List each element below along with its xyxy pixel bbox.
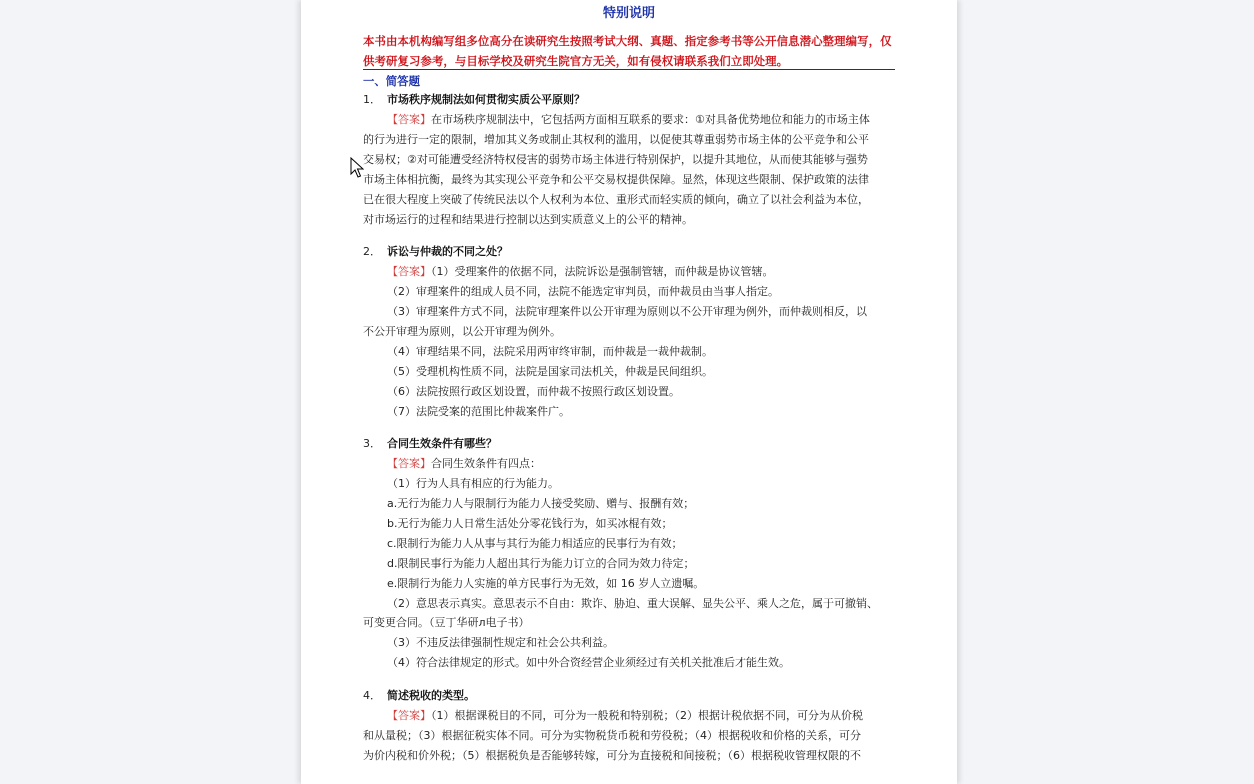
answer-line: 的行为进行一定的限制，增加其义务或制止其权利的滥用，以促使其尊重弱势市场主体的公… (363, 132, 869, 148)
answer-line: （4）符合法律规定的形式。如中外合资经营企业须经过有关机关批准后才能生效。 (363, 655, 790, 671)
document-viewer[interactable]: 特别说明 本书由本机构编写组多位高分在读研究生按照考试大纲、真题、指定参考书等公… (0, 0, 1254, 784)
answer-line: 可变更合同。（豆丁华研л电子书） (363, 615, 530, 631)
answer-line: 【答案】（1）受理案件的依据不同，法院诉讼是强制管辖，而仲裁是协议管辖。 (363, 264, 774, 280)
answer-line: 和从量税；（3）根据征税实体不同。可分为实物税货币税和劳役税；（4）根据税收和价… (363, 728, 861, 744)
page-title: 特别说明 (363, 5, 895, 23)
section-heading: 一、简答题 (363, 73, 420, 89)
question-3-title: 3．合同生效条件有哪些？ (363, 436, 497, 452)
answer-line: （4）审理结果不同，法院采用两审终审制，而仲裁是一裁仲裁制。 (363, 344, 713, 360)
question-number: 4． (363, 688, 387, 704)
copyright-notice: 本书由本机构编写组多位高分在读研究生按照考试大纲、真题、指定参考书等公开信息潜心… (363, 32, 895, 71)
answer-line: （5）受理机构性质不同，法院是国家司法机关，仲裁是民间组织。 (363, 364, 713, 380)
question-number: 2． (363, 244, 387, 260)
answer-line: e.限制行为能力人实施的单方民事行为无效，如 16 岁人立遗嘱。 (363, 576, 704, 592)
question-number: 3． (363, 436, 387, 452)
answer-line: b.无行为能力人日常生活处分零花钱行为，如买冰棍有效； (363, 516, 672, 532)
answer-line: 【答案】（1）根据课税目的不同，可分为一般税和特别税；（2）根据计税依据不同，可… (363, 708, 863, 724)
answer-line: 已在很大程度上突破了传统民法以个人权利为本位、重形式而轻实质的倾向，确立了以社会… (363, 192, 869, 208)
question-4-title: 4．简述税收的类型。 (363, 688, 475, 704)
question-2-title: 2．诉讼与仲裁的不同之处？ (363, 244, 508, 260)
notice-line: 本书由本机构编写组多位高分在读研究生按照考试大纲、真题、指定参考书等公开信息潜心… (363, 32, 895, 52)
answer-line: （2）审理案件的组成人员不同，法院不能选定审判员，而仲裁员由当事人指定。 (363, 284, 779, 300)
answer-line: （2）意思表示真实。意思表示不自由：欺诈、胁迫、重大误解、显失公平、乘人之危，属… (363, 596, 878, 612)
answer-line: 市场主体相抗衡，最终为其实现公平竞争和公平交易权提供保障。显然，体现这些限制、保… (363, 172, 869, 188)
answer-line: （1）行为人具有相应的行为能力。 (363, 476, 559, 492)
answer-line: （6）法院按照行政区划设置，而仲裁不按照行政区划设置。 (363, 384, 680, 400)
question-1-title: 1．市场秩序规制法如何贯彻实质公平原则？ (363, 92, 585, 108)
document-page: 特别说明 本书由本机构编写组多位高分在读研究生按照考试大纲、真题、指定参考书等公… (301, 0, 957, 784)
answer-line: 【答案】合同生效条件有四点： (363, 456, 541, 472)
answer-tag: 【答案】 (387, 709, 431, 722)
answer-tag: 【答案】 (387, 113, 431, 126)
answer-line: d.限制民事行为能力人超出其行为能力订立的合同为效力待定； (363, 556, 694, 572)
answer-line: 为价内税和价外税；（5）根据税负是否能够转嫁，可分为直接税和间接税；（6）根据税… (363, 748, 861, 764)
answer-line: 交易权；②对可能遭受经济特权侵害的弱势市场主体进行特别保护，以提升其地位，从而使… (363, 152, 868, 168)
arrow-cursor-icon (350, 157, 364, 179)
answer-tag: 【答案】 (387, 265, 431, 278)
divider (363, 69, 895, 70)
answer-tag: 【答案】 (387, 457, 431, 470)
answer-line: （3）不违反法律强制性规定和社会公共利益。 (363, 635, 614, 651)
answer-line: （7）法院受案的范围比仲裁案件广。 (363, 404, 570, 420)
answer-line: a.无行为能力人与限制行为能力人接受奖励、赠与、报酬有效； (363, 496, 694, 512)
answer-line: （3）审理案件方式不同，法院审理案件以公开审理为原则以不公开审理为例外，而仲裁则… (363, 304, 867, 320)
answer-line: 【答案】在市场秩序规制法中，它包括两方面相互联系的要求：①对具备优势地位和能力的… (363, 112, 870, 128)
answer-line: 不公开审理为原则，以公开审理为例外。 (363, 324, 561, 340)
answer-line: 对市场运行的过程和结果进行控制以达到实质意义上的公平的精神。 (363, 212, 693, 228)
answer-line: c.限制行为能力人从事与其行为能力相适应的民事行为有效； (363, 536, 683, 552)
question-number: 1． (363, 92, 387, 108)
